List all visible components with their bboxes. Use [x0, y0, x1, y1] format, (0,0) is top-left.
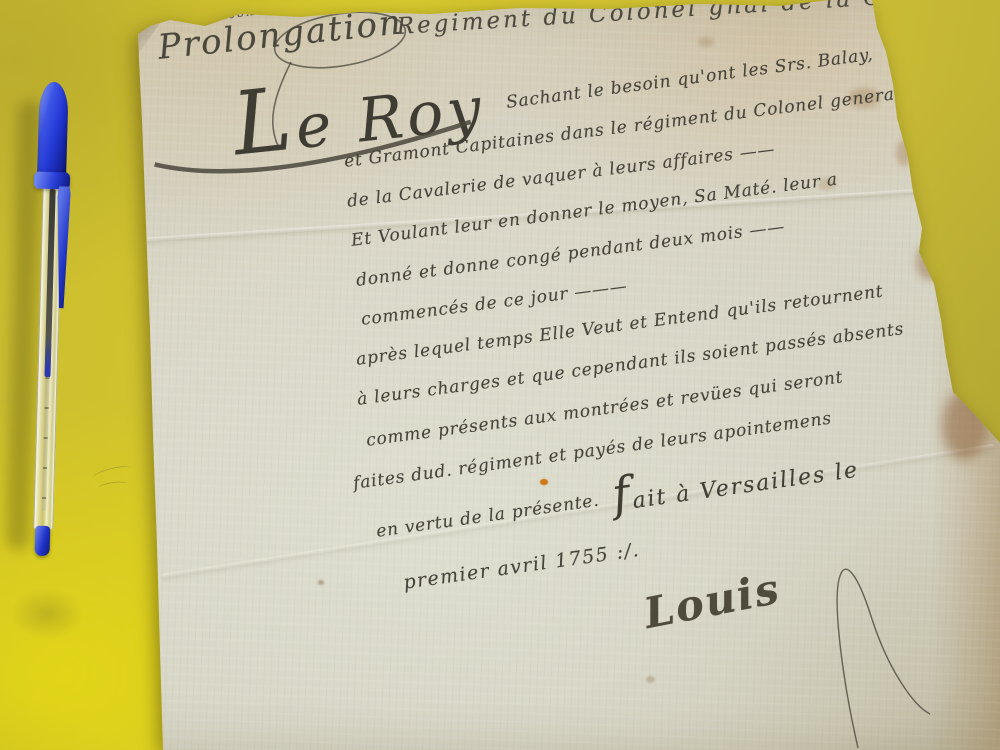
- manuscript-paper-wrap: 2106.R Prolongation Regiment du Colonel …: [0, 0, 1000, 750]
- edge-burn-stain: [942, 390, 988, 460]
- manuscript-paper: 2106.R Prolongation Regiment du Colonel …: [0, 0, 1000, 750]
- edge-burn-stain: [896, 140, 912, 166]
- foxing-stain: [698, 37, 714, 47]
- photo-scene: 2106.R Prolongation Regiment du Colonel …: [0, 0, 1000, 750]
- torn-edge-flap: [283, 0, 311, 9]
- edge-burn-stain: [916, 244, 942, 280]
- ink-speck: [646, 676, 655, 683]
- ink-speck: [318, 580, 324, 585]
- orange-wax-fleck: [540, 479, 548, 485]
